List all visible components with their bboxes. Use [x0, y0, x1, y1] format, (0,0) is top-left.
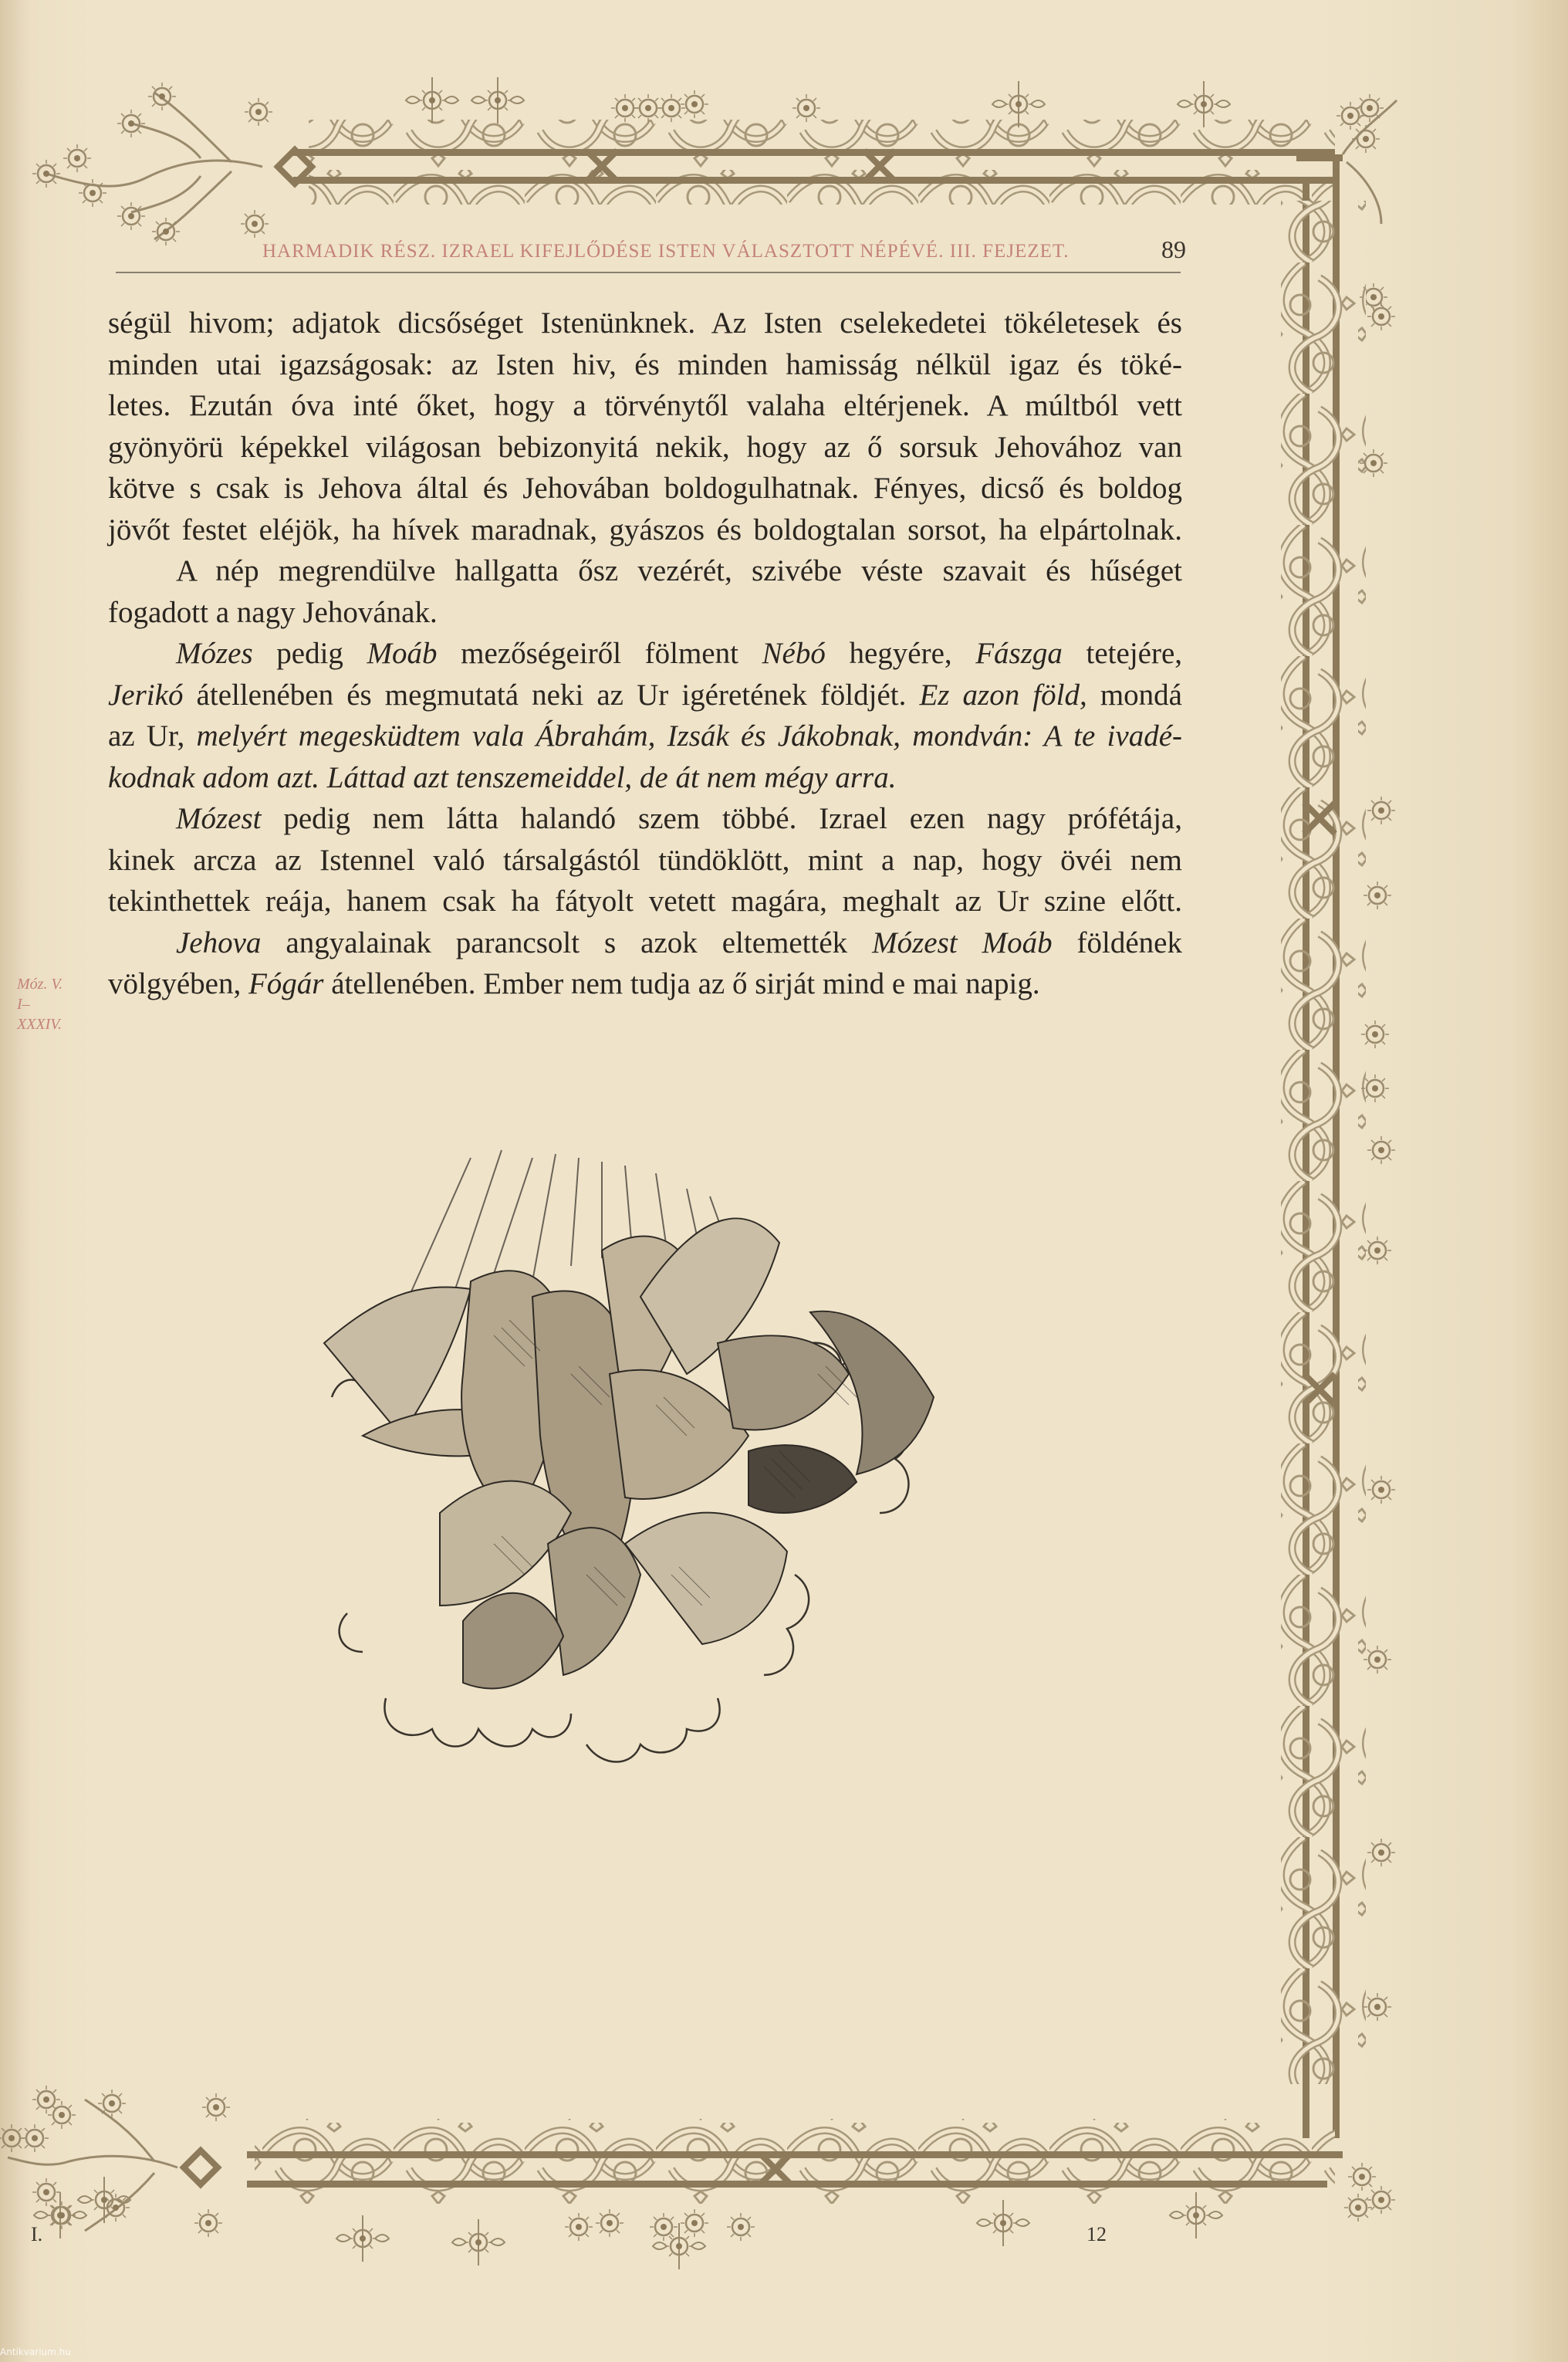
name-jeriko: Jerikó: [108, 678, 183, 712]
quote-span: Ez azon föld,: [919, 678, 1086, 712]
paragraph-5: Jehova angyalainak parancsolt s azok elt…: [108, 922, 1182, 1005]
text-line: gyönyörü képekkel világosan bebizonyitá …: [108, 427, 1182, 469]
text-line: Jehova angyalainak parancsolt s azok elt…: [108, 922, 1182, 964]
text-span: átellenében. Ember nem tudja az ő sirját…: [323, 967, 1039, 1000]
text-line: Mózes pedig Moáb mezőségeiről fölment Né…: [108, 633, 1182, 675]
name-moab: Moáb: [367, 637, 438, 670]
text-span: pedig: [253, 637, 367, 670]
text-span: angyalainak parancsolt s azok eltemették: [261, 926, 872, 959]
text-span: tetejére,: [1063, 637, 1182, 670]
text-line: az Ur, melyért megesküdtem vala Ábrahám,…: [108, 716, 1182, 757]
name-mozest: Mózest: [176, 802, 262, 835]
text-line: ségül hivom; adjatok dicsőséget Istenünk…: [108, 303, 1182, 344]
text-line: Jerikó átellenében és megmutatá neki az …: [108, 675, 1182, 716]
bottom-border: [0, 2086, 1395, 2269]
engraving-illustration: [316, 1142, 965, 1799]
text-line: fogadott a nagy Jehovának.: [108, 592, 1182, 634]
margin-note-line: I–XXXIV.: [17, 994, 63, 1034]
running-head: Harmadik rész. Izrael kifejlődése Isten …: [262, 241, 1188, 262]
right-border: [1281, 201, 1366, 2084]
text-span: mezőségeiről fölment: [438, 637, 762, 670]
name-jehova: Jehova: [176, 926, 261, 959]
text-line: tekinthettek reája, hanem csak ha fátyol…: [108, 881, 1182, 922]
right-border-crosses: [1304, 803, 1335, 1405]
paragraph-1: ségül hivom; adjatok dicsőséget Istenünk…: [108, 303, 1182, 550]
text-span: átellenében és megmutatá neki az Ur igér…: [183, 678, 919, 712]
body-text: ségül hivom; adjatok dicsőséget Istenünk…: [108, 303, 1182, 1005]
watermark: Antikvarium.hu: [0, 2347, 71, 2357]
margin-note: Móz. V. I–XXXIV.: [17, 974, 63, 1034]
text-line: letes. Ezután óva inté őket, hogy a törv…: [108, 385, 1182, 427]
name-fogar: Fógár: [248, 967, 324, 1000]
text-line: kinek arcza az Istennel való társalgástó…: [108, 840, 1182, 882]
text-span: pedig nem látta halandó szem többé. Izra…: [262, 802, 1183, 835]
text-span: az Ur,: [108, 719, 197, 753]
text-line: jövőt festet eléjök, ha hívek maradnak, …: [108, 509, 1182, 551]
text-line: minden utai igazságosak: az Isten hiv, é…: [108, 344, 1182, 386]
header-rule: [116, 272, 1181, 273]
name-nebo: Nébó: [762, 637, 826, 670]
top-border: [32, 77, 1335, 245]
text-line: völgyében, Fógár átellenében. Ember nem …: [108, 963, 1182, 1005]
text-line: kodnak adom azt. Láttad azt tenszemeidde…: [108, 757, 1182, 799]
text-line: A nép megrendülve hallgatta ősz vezérét,…: [108, 550, 1182, 592]
text-span: mondá: [1087, 678, 1182, 712]
paragraph-2: A nép megrendülve hallgatta ősz vezérét,…: [108, 550, 1182, 633]
paragraph-3: Mózes pedig Moáb mezőségeiről fölment Né…: [108, 633, 1182, 798]
page-number: 89: [1161, 235, 1186, 264]
figures-icon: [324, 1218, 934, 1688]
right-border-rosettes: [1360, 449, 1395, 2021]
corner-top-right: [1296, 94, 1397, 2138]
name-mozes: Mózes: [176, 637, 253, 670]
signature-mark-right: 12: [1086, 2223, 1107, 2246]
paragraph-4: Mózest pedig nem látta halandó szem több…: [108, 798, 1182, 922]
signature-mark-left: I.: [31, 2223, 42, 2246]
margin-note-line: Móz. V.: [17, 974, 63, 994]
text-span: hegyére,: [826, 637, 975, 670]
name-mozest-moab: Mózest Moáb: [872, 926, 1052, 959]
quote-span: melyért megesküdtem vala Ábrahám, Izsák …: [197, 719, 1183, 753]
text-line: Mózest pedig nem látta halandó szem több…: [108, 798, 1182, 840]
name-faszga: Fászga: [975, 637, 1063, 670]
text-line: kötve s csak is Jehova által és Jehovába…: [108, 468, 1182, 509]
text-span: földének: [1053, 926, 1182, 959]
text-span: völgyében,: [108, 967, 248, 1000]
